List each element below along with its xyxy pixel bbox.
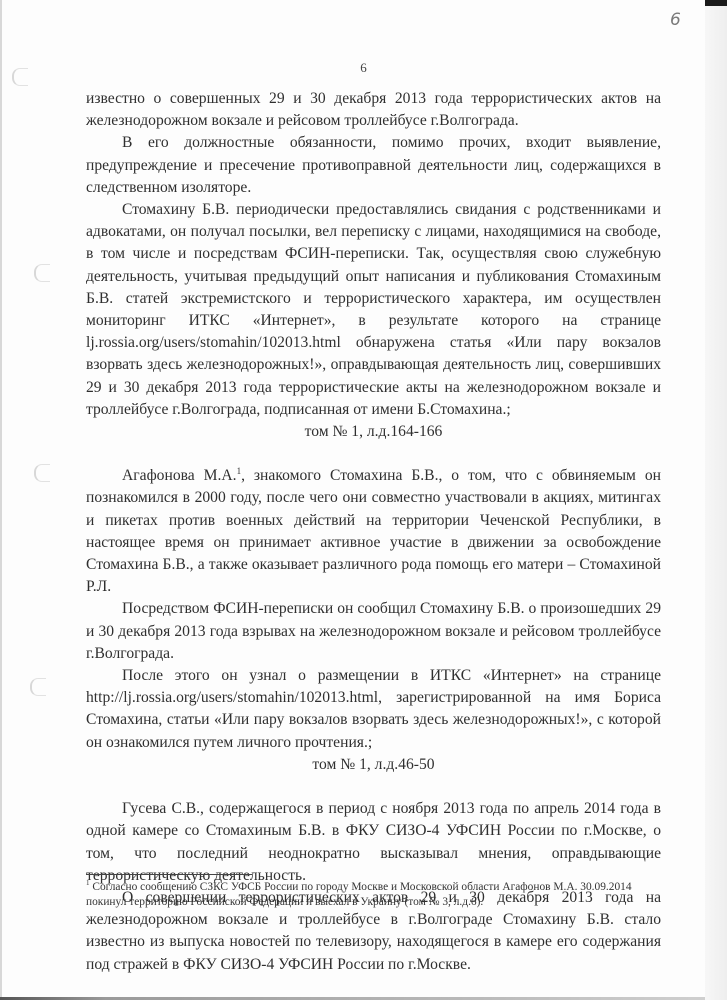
footnote-separator [86,874,252,875]
page-number: 6 [0,60,727,76]
paragraph: После этого он узнал о размещении в ИТКС… [86,665,661,754]
footnote-text: Согласно сообщению СЗКС УФСБ России по г… [86,881,632,908]
punch-hole-mark-icon [34,464,50,482]
document-page: 6 6 известно о совершенных 29 и 30 декаб… [0,0,727,1000]
scan-left-edge [0,0,2,1000]
witness-name: Агафонова М.А. [122,467,237,484]
punch-hole-mark-icon [34,264,50,282]
paragraph: Стомахину Б.В. периодически предоставлял… [86,199,661,421]
punch-hole-mark-icon [30,678,46,696]
document-body: известно о совершенных 29 и 30 декабря 2… [86,88,661,976]
paragraph: В его должностные обязанности, помимо пр… [86,132,661,199]
footnote-number: 1 [86,879,90,887]
paragraph: Посредством ФСИН-переписки он сообщил Ст… [86,598,661,665]
spacer [86,443,661,465]
handwritten-page-mark: 6 [670,10,681,30]
spacer [86,776,661,798]
paragraph: известно о совершенных 29 и 30 декабря 2… [86,88,661,132]
scan-corner-shadow [705,0,727,6]
case-file-reference: том № 1, л.д.46-50 [86,754,661,776]
case-file-reference: том № 1, л.д.164-166 [86,421,661,443]
paragraph-witness-agafonov: Агафонова М.А.1, знакомого Стомахина Б.В… [86,465,661,598]
scan-right-edge [705,0,727,1000]
witness-text: , знакомого Стомахина Б.В., о том, что с… [86,467,661,595]
footnote: 1 Согласно сообщению СЗКС УФСБ России по… [86,880,666,910]
